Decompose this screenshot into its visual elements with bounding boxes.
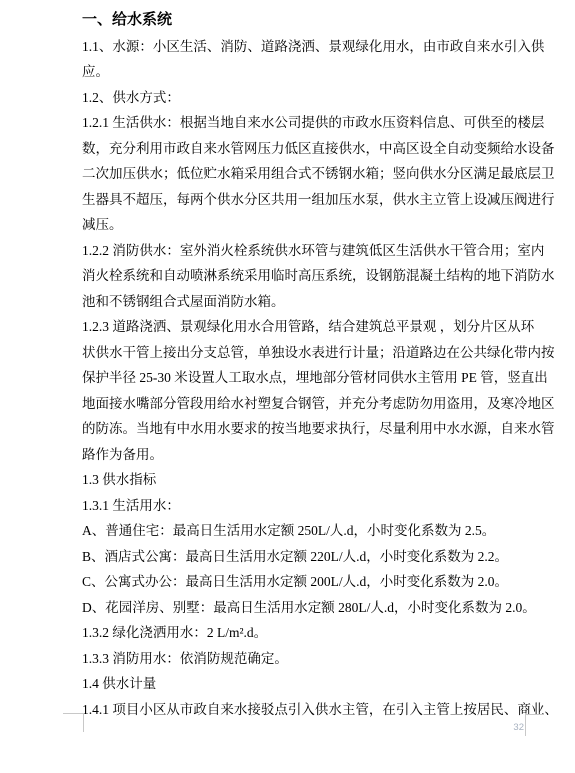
text-line: A、普通住宅：最高日生活用水定额 250L/人.d，小时变化系数为 2.5。 <box>82 518 542 544</box>
text-line: 生器具不超压，每两个供水分区共用一组加压水泵，供水主立管上设减压阀进行 <box>82 187 542 213</box>
text-line: 地面接水嘴部分管段用给水衬塑复合钢管，并充分考虑防勿用盗用，及寒冷地区 <box>82 391 542 417</box>
text-line: 1.3.3 消防用水：依消防规范确定。 <box>82 646 542 672</box>
text-line: 1.2.1 生活供水：根据当地自来水公司提供的市政水压资料信息、可供至的楼层 <box>82 110 542 136</box>
document-page: 一、给水系统1.1、水源：小区生活、消防、道路浇洒、景观绿化用水，由市政自来水引… <box>0 0 575 773</box>
text-line: 的防冻。当地有中水用水要求的按当地要求执行，尽量利用中水水源，自来水管 <box>82 416 542 442</box>
text-line: 数，充分利用市政自来水管网压力低区直接供水，中高区设全自动变频给水设备 <box>82 136 542 162</box>
text-line: 1.2.2 消防供水：室外消火栓系统供水环管与建筑低区生活供水干管合用；室内 <box>82 238 542 264</box>
text-line: 池和不锈钢组合式屋面消防水箱。 <box>82 289 542 315</box>
text-line: D、花园洋房、别墅：最高日生活用水定额 280L/人.d，小时变化系数为 2.0… <box>82 595 542 621</box>
text-line: 消火栓系统和自动喷淋系统采用临时高压系统，设钢筋混凝土结构的地下消防水 <box>82 263 542 289</box>
text-line: 减压。 <box>82 212 542 238</box>
text-boundary-mark-left <box>63 713 84 732</box>
text-line: 状供水干管上接出分支总管，单独设水表进行计量；沿道路边在公共绿化带内按 <box>82 340 542 366</box>
document-lines: 一、给水系统1.1、水源：小区生活、消防、道路浇洒、景观绿化用水，由市政自来水引… <box>82 8 542 722</box>
text-line: 二次加压供水；低位贮水箱采用组合式不锈钢水箱；竖向供水分区满足最底层卫 <box>82 161 542 187</box>
text-line: 1.3.2 绿化浇洒用水：2 L/m².d。 <box>82 620 542 646</box>
text-line: 保护半径 25-30 米设置人工取水点，埋地部分管材同供水主管用 PE 管，竖直… <box>82 365 542 391</box>
text-line: 1.3 供水指标 <box>82 467 542 493</box>
text-line: 应。 <box>82 59 542 85</box>
text-line: 1.4.1 项目小区从市政自来水接驳点引入供水主管，在引入主管上按居民、商业、 <box>82 697 542 723</box>
text-line: B、酒店式公寓：最高日生活用水定额 220L/人.d，小时变化系数为 2.2。 <box>82 544 542 570</box>
section-heading: 一、给水系统 <box>82 8 542 34</box>
text-line: 1.1、水源：小区生活、消防、道路浇洒、景观绿化用水，由市政自来水引入供 <box>82 34 542 60</box>
text-line: 路作为备用。 <box>82 442 542 468</box>
text-line: 1.3.1 生活用水： <box>82 493 542 519</box>
text-line: 1.2.3 道路浇洒、景观绿化用水合用管路，结合建筑总平景观 ，划分片区从环 <box>82 314 542 340</box>
text-line: 1.2、供水方式： <box>82 85 542 111</box>
text-line: C、公寓式办公：最高日生活用水定额 200L/人.d，小时变化系数为 2.0。 <box>82 569 542 595</box>
page-number: 32 <box>494 721 524 735</box>
text-line: 1.4 供水计量 <box>82 671 542 697</box>
